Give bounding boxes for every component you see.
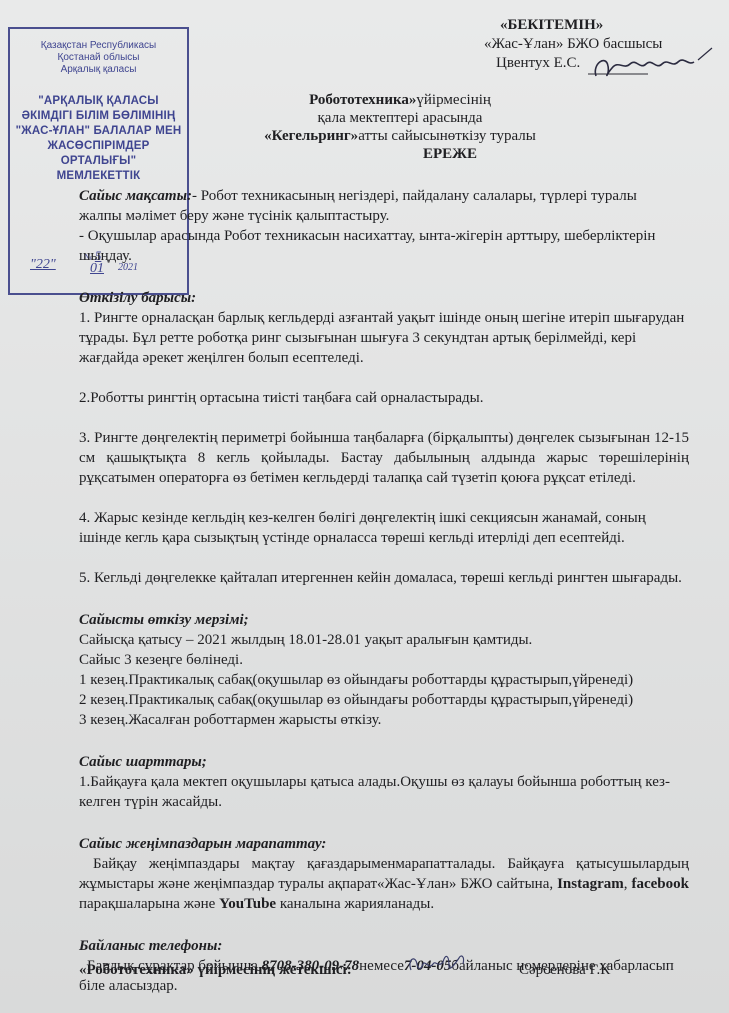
heading-line-2: қала мектептері арасында [200,109,600,127]
stamp-organization: "АРҚАЛЫҚ ҚАЛАСЫ ӘКІМДІГІ БІЛІМ БӨЛІМІНІҢ… [10,94,187,184]
awards-text: Байқау жеңімпаздары мақтау қағаздарыменм… [79,854,689,914]
youtube-label: YouTube [219,896,276,912]
schedule-line: 3 кезең.Жасалған роботтармен жарысты өтк… [79,710,689,730]
stamp-city: Арқалық қаласы [10,64,187,76]
schedule-line: 2 кезең.Практикалық сабақ(оқушылар өз ой… [79,690,689,710]
supervisor-name: Сәрсенова Г.К [519,962,610,979]
stamp-org-line: ӘКІМДІГІ БІЛІМ БӨЛІМІНІҢ [10,109,187,124]
approval-title: «БЕКІТЕМІН» [484,16,724,35]
stamp-region: Қостанай облысы [10,52,187,64]
stamp-country: Қазақстан Республикасы [10,40,187,52]
schedule-line: Сайыс 3 кезеңге бөлінеді. [79,650,689,670]
supervisor-label: «Робототехника» үйірмесінің жетекшісі: [79,962,352,978]
procedure-item: 2.Роботты рингтің ортасына тиісті таңбағ… [79,388,689,408]
conditions-title: Сайыс шарттары; [79,752,689,772]
stamp-org-line: МЕМЛЕКЕТТІК [10,169,187,184]
stamp-header: Қазақстан Республикасы Қостанай облысы А… [10,40,187,76]
goal-text-1-cont: жалпы мәлімет беру және түсінік қалыптас… [79,206,689,226]
conditions-section: Сайыс шарттары; 1.Байқауға қала мектеп о… [79,752,689,812]
stamp-org-line: "АРҚАЛЫҚ ҚАЛАСЫ [10,94,187,109]
goal-text-2: - Оқушылар арасында Робот техникасын нас… [79,226,689,266]
supervisor-signature-icon [405,950,475,976]
contacts-title: Байланыс телефоны: [79,936,689,956]
stamp-org-line: "ЖАС-ҰЛАН" БАЛАЛАР МЕН [10,124,187,139]
instagram-label: Instagram [557,876,624,892]
procedure-section: Өткізілу барысы: 1. Рингте орналасқан ба… [79,288,689,588]
document-footer: «Робототехника» үйірмесінің жетекшісі: С… [79,962,699,979]
document-body: Сайыс мақсаты:- Робот техникасының негіз… [79,186,689,996]
awards-title: Сайыс жеңімпаздарын марапаттау: [79,834,689,854]
procedure-item: 1. Рингте орналасқан барлық кегльдерді а… [79,308,689,368]
goal-title: Сайыс мақсаты: [79,188,192,204]
document-page: Қазақстан Республикасы Қостанай облысы А… [0,0,729,1013]
awards-section: Сайыс жеңімпаздарын марапаттау: Байқау ж… [79,834,689,914]
schedule-title: Сайысты өткізу мерзімі; [79,610,689,630]
document-title: ЕРЕЖЕ [200,145,600,163]
stamp-day: "22" [30,257,56,273]
facebook-label: facebook [632,876,690,892]
director-signature-icon [588,46,718,86]
schedule-line: Сайысқа қатысу – 2021 жылдың 18.01-28.01… [79,630,689,650]
schedule-section: Сайысты өткізу мерзімі; Сайысқа қатысу –… [79,610,689,730]
goal-section: Сайыс мақсаты:- Робот техникасының негіз… [79,186,689,266]
schedule-line: 1 кезең.Практикалық сабақ(оқушылар өз ой… [79,670,689,690]
stamp-org-line: ОРТАЛЫҒЫ" [10,154,187,169]
procedure-item: 3. Рингте дөңгелектің периметрі бойынша … [79,428,689,488]
procedure-title: Өткізілу барысы: [79,288,689,308]
goal-text-1: - Робот техникасының негіздері, пайдалан… [192,188,637,204]
procedure-item: 4. Жарыс кезінде кегльдің кез-келген бөл… [79,508,689,548]
heading-line-3: «Кегельринг»атты сайысынөткізу туралы [200,127,600,145]
heading-line-1: Робототехника»үйірмесінің [200,91,600,109]
conditions-text: 1.Байқауға қала мектеп оқушылары қатыса … [79,772,689,812]
stamp-org-line: ЖАСӨСПІРІМДЕР [10,139,187,154]
procedure-item: 5. Кегльді дөңгелекке қайталап итергенне… [79,568,689,588]
document-heading: Робототехника»үйірмесінің қала мектептер… [200,91,600,163]
